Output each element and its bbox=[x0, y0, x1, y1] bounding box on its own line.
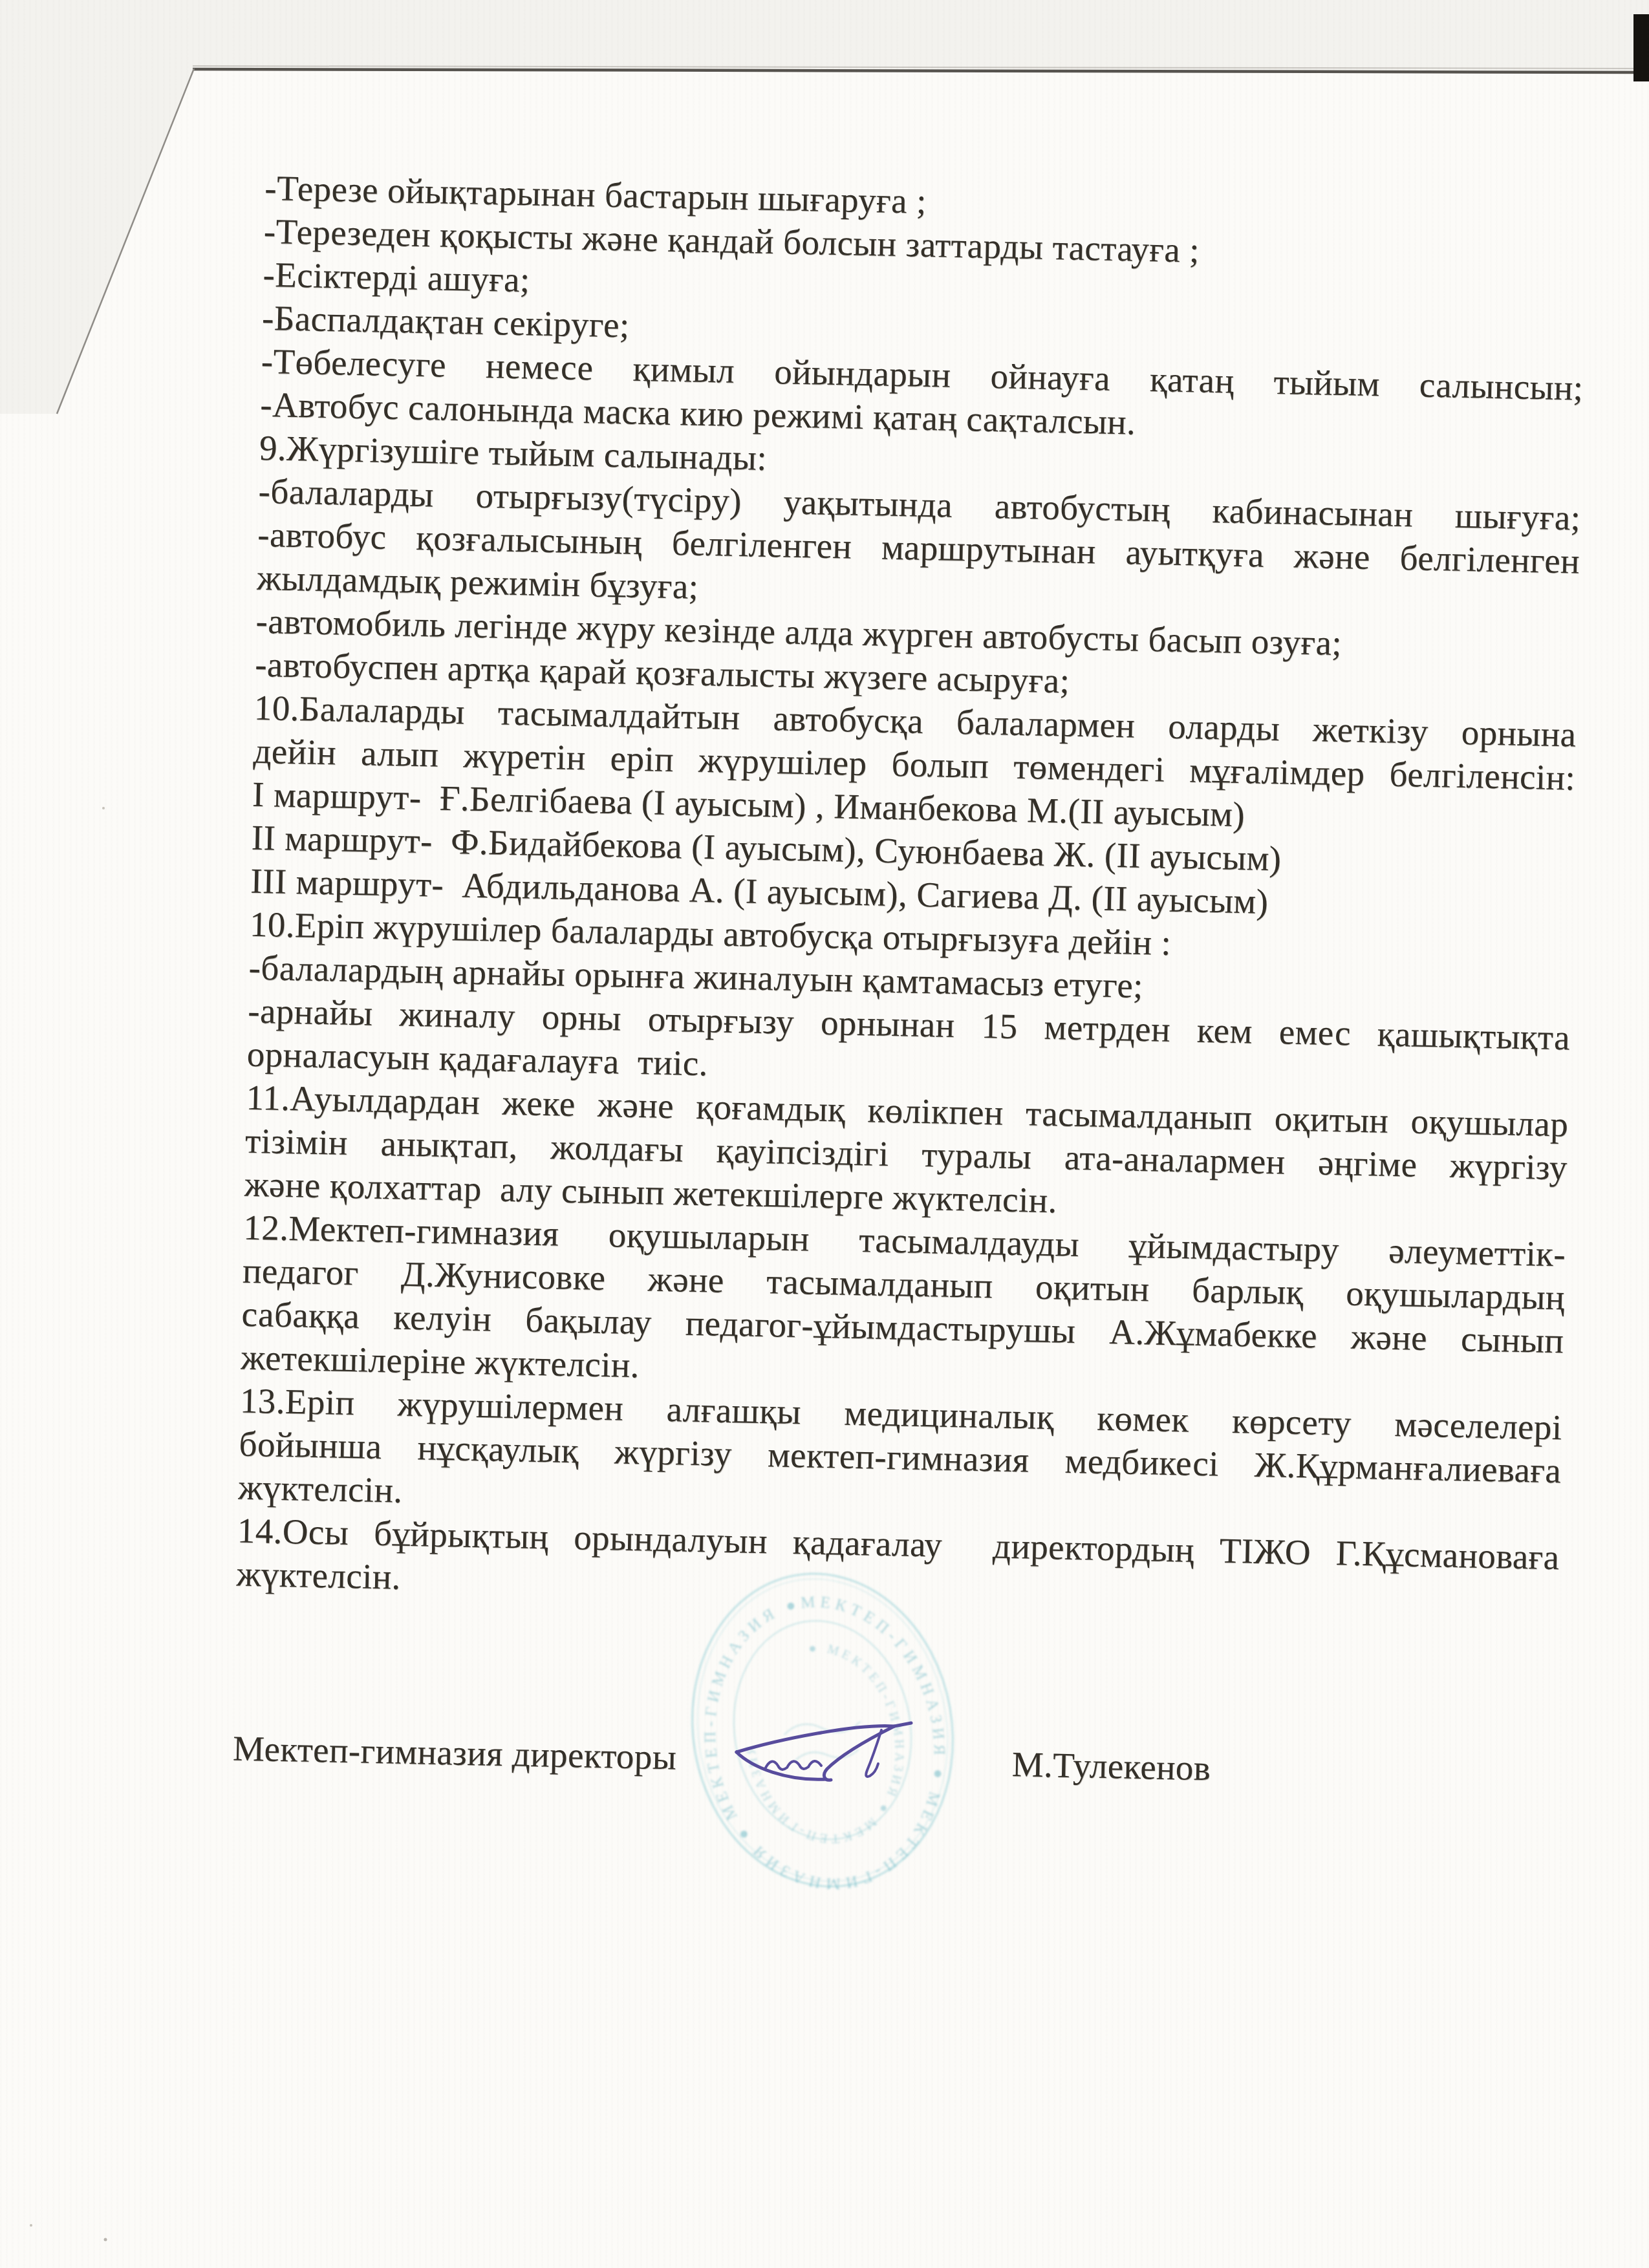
dust-speck bbox=[102, 807, 105, 809]
signature-row: Мектеп-гимназия директоры М.Тулекенов bbox=[232, 1726, 1555, 1831]
scanner-corner-black-mark bbox=[1633, 14, 1649, 81]
signature-role-label: Мектеп-гимназия директоры bbox=[232, 1726, 676, 1779]
paper-top-edge-line bbox=[193, 69, 1649, 72]
dust-speck bbox=[104, 2238, 107, 2241]
dust-speck bbox=[30, 2224, 32, 2227]
document-body: -Терезе ойықтарынан бастарын шығаруға ; … bbox=[232, 166, 1587, 1831]
director-name: М.Тулекенов bbox=[1011, 1742, 1211, 1790]
paper-top-edge-highlight bbox=[193, 66, 1649, 69]
scanned-document-page: МЕКТЕП-ГИМНАЗИЯ ● МЕКТЕП-ГИМНАЗИЯ ● МЕКТ… bbox=[0, 0, 1649, 2268]
paper-corner-diagonal-edge bbox=[57, 69, 194, 414]
